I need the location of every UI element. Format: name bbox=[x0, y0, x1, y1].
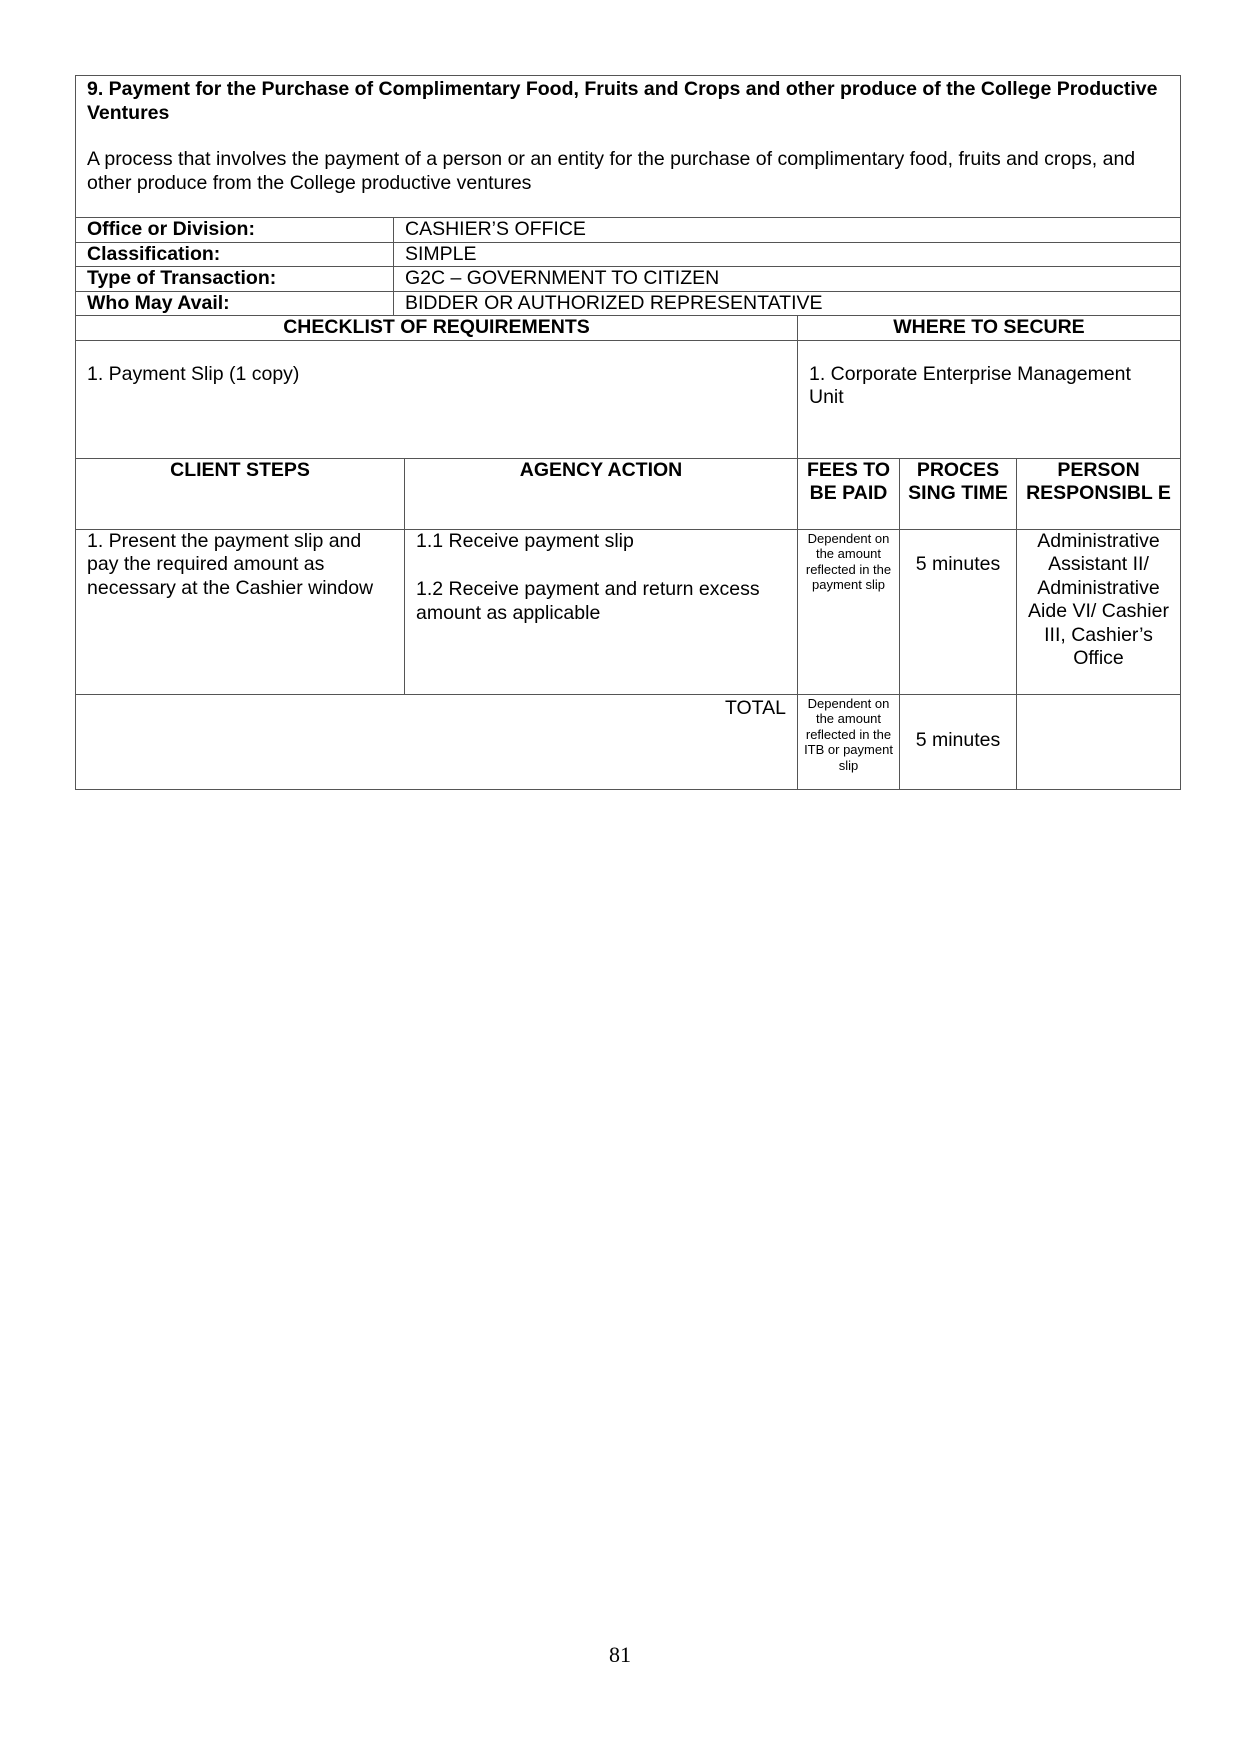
office-value: CASHIER’S OFFICE bbox=[394, 218, 1181, 243]
section-description: A process that involves the payment of a… bbox=[87, 148, 1169, 195]
transaction-value: G2C – GOVERNMENT TO CITIZEN bbox=[394, 267, 1181, 292]
person-responsible-header: PERSON RESPONSIBL E bbox=[1017, 458, 1181, 529]
info-row-office: Office or Division: CASHIER’S OFFICE bbox=[76, 218, 1181, 243]
avail-value: BIDDER OR AUTHORIZED REPRESENTATIVE bbox=[394, 291, 1181, 316]
where-to-secure-header: WHERE TO SECURE bbox=[798, 316, 1181, 341]
client-steps-header: CLIENT STEPS bbox=[76, 458, 405, 529]
total-row: TOTAL Dependent on the amount reflected … bbox=[76, 694, 1181, 789]
classification-value: SIMPLE bbox=[394, 242, 1181, 267]
agency-action: 1.1 Receive payment slip 1.2 Receive pay… bbox=[405, 529, 798, 694]
total-label: TOTAL bbox=[76, 694, 798, 789]
transaction-label: Type of Transaction: bbox=[76, 267, 394, 292]
requirement-item: 1. Payment Slip (1 copy) bbox=[76, 340, 798, 458]
processing-time-value: 5 minutes bbox=[900, 529, 1017, 694]
requirements-header-row: CHECKLIST OF REQUIREMENTS WHERE TO SECUR… bbox=[76, 316, 1181, 341]
section-intro-row: 9. Payment for the Purchase of Complimen… bbox=[76, 76, 1181, 218]
agency-action-header: AGENCY ACTION bbox=[405, 458, 798, 529]
checklist-header: CHECKLIST OF REQUIREMENTS bbox=[76, 316, 798, 341]
requirement-row: 1. Payment Slip (1 copy) 1. Corporate En… bbox=[76, 340, 1181, 458]
section-title: 9. Payment for the Purchase of Complimen… bbox=[87, 76, 1169, 125]
info-row-avail: Who May Avail: BIDDER OR AUTHORIZED REPR… bbox=[76, 291, 1181, 316]
fees-header: FEES TO BE PAID bbox=[798, 458, 900, 529]
agency-action-2: 1.2 Receive payment and return excess am… bbox=[416, 578, 786, 625]
person-responsible-value: Administrative Assistant II/ Administrat… bbox=[1017, 529, 1181, 694]
total-person bbox=[1017, 694, 1181, 789]
total-fees: Dependent on the amount reflected in the… bbox=[798, 694, 900, 789]
page-number: 81 bbox=[0, 1642, 1240, 1668]
total-time: 5 minutes bbox=[900, 694, 1017, 789]
office-label: Office or Division: bbox=[76, 218, 394, 243]
agency-action-1: 1.1 Receive payment slip bbox=[416, 530, 786, 554]
citizen-charter-table: 9. Payment for the Purchase of Complimen… bbox=[75, 75, 1181, 790]
client-step: 1. Present the payment slip and pay the … bbox=[76, 529, 405, 694]
requirement-where: 1. Corporate Enterprise Management Unit bbox=[798, 340, 1181, 458]
steps-header-row: CLIENT STEPS AGENCY ACTION FEES TO BE PA… bbox=[76, 458, 1181, 529]
avail-label: Who May Avail: bbox=[76, 291, 394, 316]
info-row-transaction: Type of Transaction: G2C – GOVERNMENT TO… bbox=[76, 267, 1181, 292]
step-row: 1. Present the payment slip and pay the … bbox=[76, 529, 1181, 694]
processing-time-header: PROCES SING TIME bbox=[900, 458, 1017, 529]
classification-label: Classification: bbox=[76, 242, 394, 267]
fees-value: Dependent on the amount reflected in the… bbox=[798, 529, 900, 694]
info-row-classification: Classification: SIMPLE bbox=[76, 242, 1181, 267]
